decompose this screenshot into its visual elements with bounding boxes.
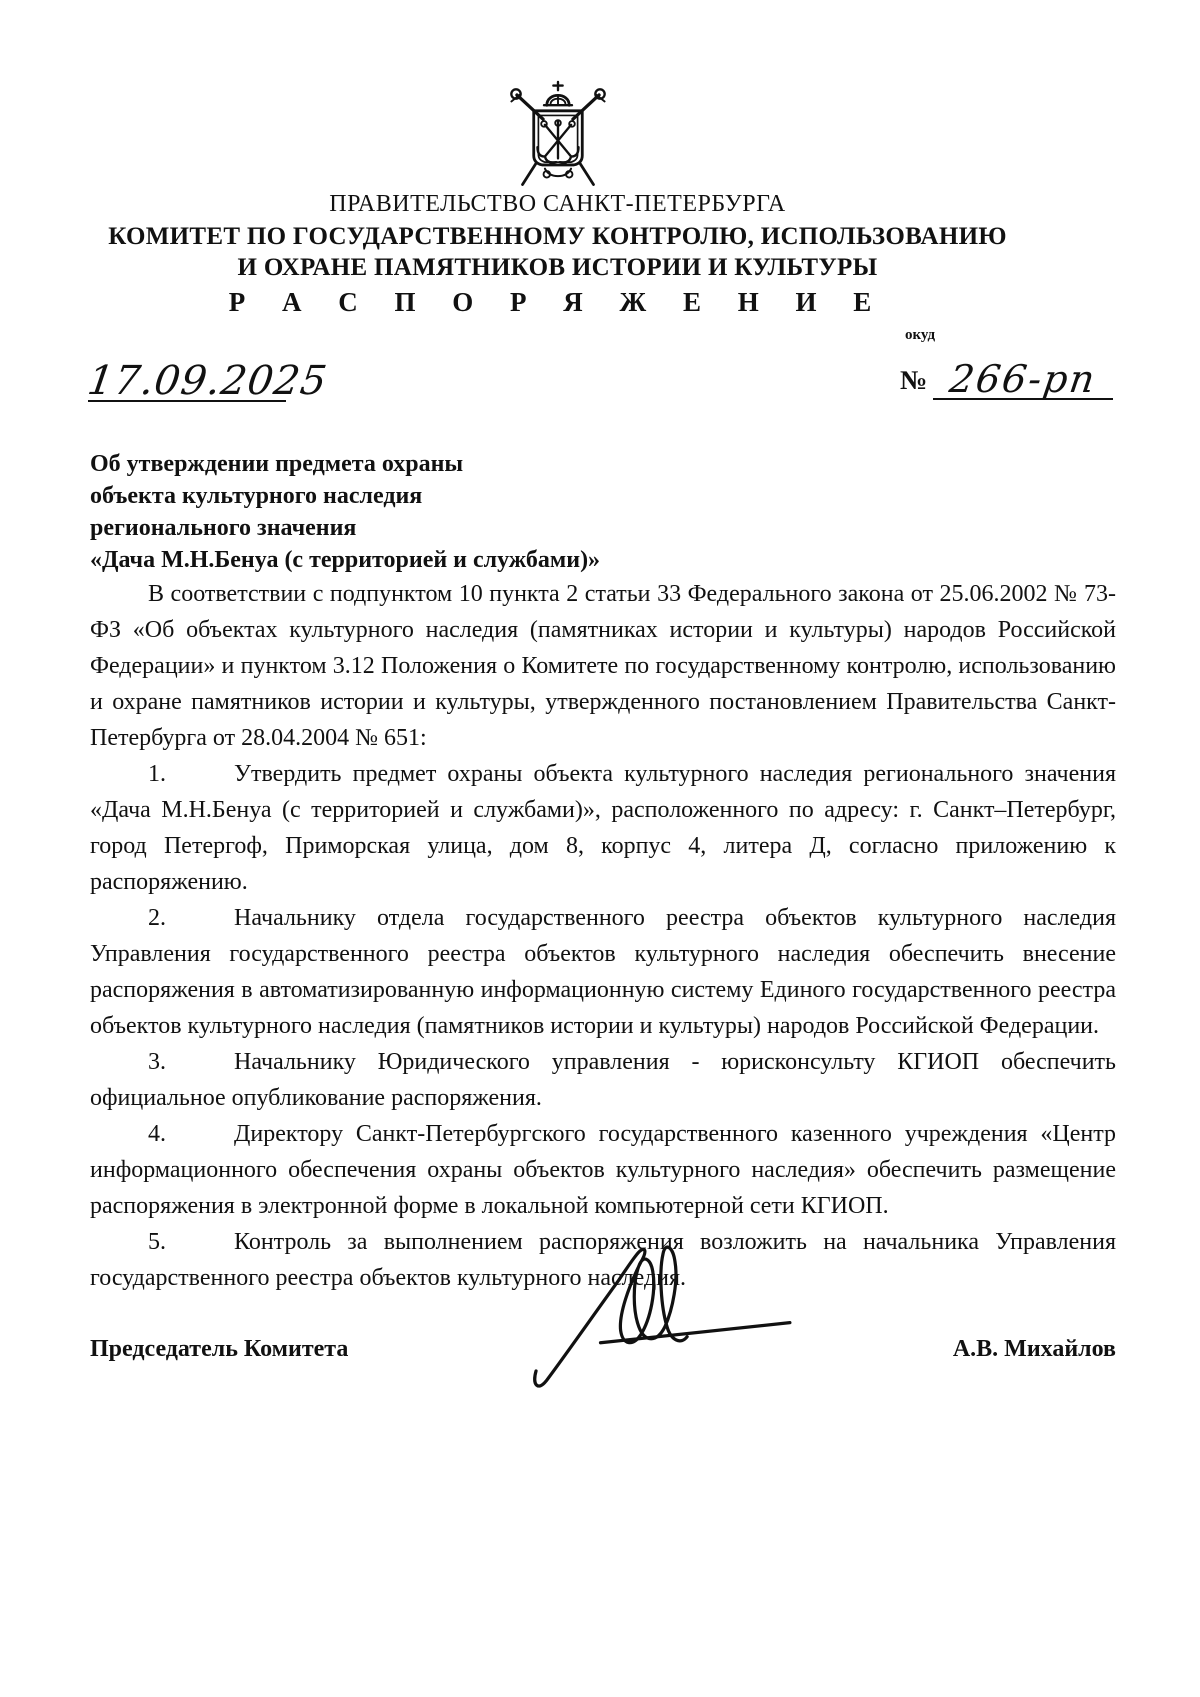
subject-line: «Дача М.Н.Бенуа (с территорией и службам… xyxy=(90,544,730,576)
body-paragraph: В соответствии с подпунктом 10 пункта 2 … xyxy=(90,576,1116,756)
body-text: В соответствии с подпунктом 10 пункта 2 … xyxy=(90,576,1116,1296)
paragraph-text: В соответствии с подпунктом 10 пункта 2 … xyxy=(90,581,1116,751)
paragraph-number: 3. xyxy=(148,1044,234,1080)
body-paragraph: 4.Директору Санкт-Петербургского государ… xyxy=(90,1116,1116,1224)
number-underline: 266-рп xyxy=(933,360,1113,400)
committee-name-line2: И ОХРАНЕ ПАМЯТНИКОВ ИСТОРИИ И КУЛЬТУРЫ xyxy=(0,254,1115,282)
paragraph-number: 5. xyxy=(148,1224,234,1260)
paragraph-number: 4. xyxy=(148,1116,234,1152)
document-page: ПРАВИТЕЛЬСТВО САНКТ-ПЕТЕРБУРГА КОМИТЕТ П… xyxy=(0,0,1200,1697)
paragraph-text: Начальнику Юридического управления - юри… xyxy=(90,1049,1116,1111)
date-field: 17.09.2025 xyxy=(88,336,286,402)
paragraph-text: Начальнику отдела государственного реест… xyxy=(90,905,1116,1039)
number-label: № xyxy=(900,365,933,400)
paragraph-number: 2. xyxy=(148,900,234,936)
number-field: № 266-рп xyxy=(900,336,1113,400)
signer-name: А.В. Михайлов xyxy=(850,1336,1116,1363)
committee-name-line1: КОМИТЕТ ПО ГОСУДАРСТВЕННОМУ КОНТРОЛЮ, ИС… xyxy=(0,223,1115,251)
body-paragraph: 2.Начальнику отдела государственного рее… xyxy=(90,900,1116,1044)
subject-block: Об утверждении предмета охраны объекта к… xyxy=(90,448,730,576)
subject-line: регионального значения xyxy=(90,512,730,544)
signature-icon xyxy=(530,1238,802,1400)
document-type-title: Р А С П О Р Я Ж Е Н И Е xyxy=(0,287,1115,318)
body-paragraph: 3.Начальнику Юридического управления - ю… xyxy=(90,1044,1116,1116)
paragraph-text: Утвердить предмет охраны объекта культур… xyxy=(90,761,1116,895)
st-petersburg-coat-of-arms-icon xyxy=(491,80,625,192)
number-handwritten: 266-рп xyxy=(947,360,1099,398)
paragraph-text: Директору Санкт-Петербургского государст… xyxy=(90,1121,1116,1219)
subject-line: объекта культурного наследия xyxy=(90,480,730,512)
body-paragraph: 1.Утвердить предмет охраны объекта культ… xyxy=(90,756,1116,900)
date-handwritten: 17.09.2025 xyxy=(85,362,329,400)
subject-line: Об утверждении предмета охраны xyxy=(90,448,730,480)
paragraph-number: 1. xyxy=(148,756,234,792)
government-title: ПРАВИТЕЛЬСТВО САНКТ-ПЕТЕРБУРГА xyxy=(0,191,1115,218)
signer-title: Председатель Комитета xyxy=(90,1336,348,1363)
